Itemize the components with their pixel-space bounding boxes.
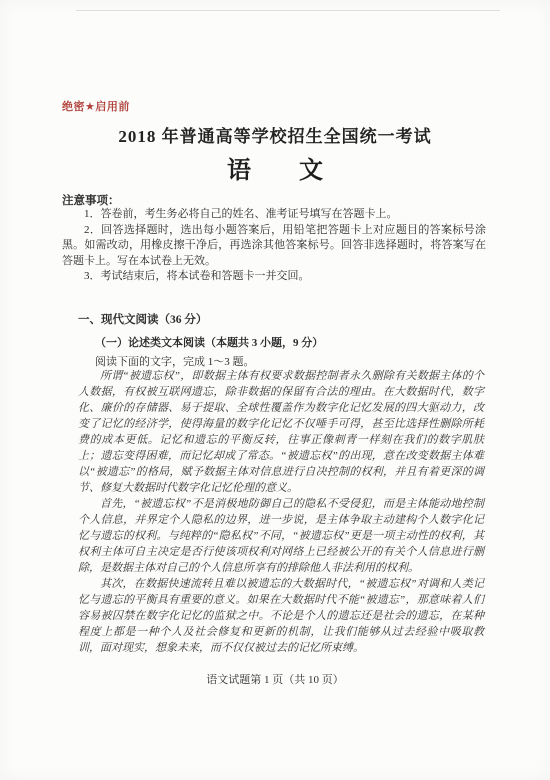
reading-passage: 所谓“被遗忘权”，即数据主体有权要求数据控制者永久删除有关数据主体的个人数据，有…	[78, 368, 484, 656]
classification-label: 绝密★启用前	[62, 98, 130, 114]
subsection-heading-argumentative-text: （一）论述类文本阅读（本题共 3 小题，9 分）	[95, 334, 323, 350]
notice-item-3: 3．考试结束后，将本试卷和答题卡一并交回。	[62, 269, 486, 285]
reading-instruction: 阅读下面的文字，完成 1～3 题。	[95, 353, 255, 369]
notice-item-1: 1．答卷前，考生务必将自己的姓名、准考证号填写在答题卡上。	[62, 207, 486, 223]
section-heading-modern-reading: 一、现代文阅读（36 分）	[78, 311, 207, 327]
scan-artifact-line	[76, 10, 500, 11]
scanned-exam-page: 绝密★启用前 2018 年普通高等学校招生全国统一考试 语 文 注意事项： 1．…	[0, 0, 550, 780]
exam-title: 2018 年普通高等学校招生全国统一考试	[0, 122, 550, 147]
notice-item-2: 2．回答选择题时，选出每小题答案后，用铅笔把答题卡上对应题目的答案标号涂黑。如需…	[62, 223, 486, 270]
notice-heading: 注意事项：	[62, 192, 120, 208]
passage-paragraph-1: 所谓“被遗忘权”，即数据主体有权要求数据控制者永久删除有关数据主体的个人数据，有…	[78, 368, 484, 496]
notice-block: 1．答卷前，考生务必将自己的姓名、准考证号填写在答题卡上。 2．回答选择题时，选…	[62, 207, 486, 285]
passage-paragraph-3: 其次，在数据快速流转且难以被遗忘的大数据时代，“被遗忘权”对调和人类记忆与遗忘的…	[78, 576, 484, 656]
page-footer: 语文试题第 1 页（共 10 页）	[0, 671, 550, 687]
subject-title: 语 文	[0, 150, 550, 185]
passage-paragraph-2: 首先，“被遗忘权”不是消极地防御自己的隐私不受侵犯，而是主体能动地控制个人信息，…	[78, 496, 484, 576]
